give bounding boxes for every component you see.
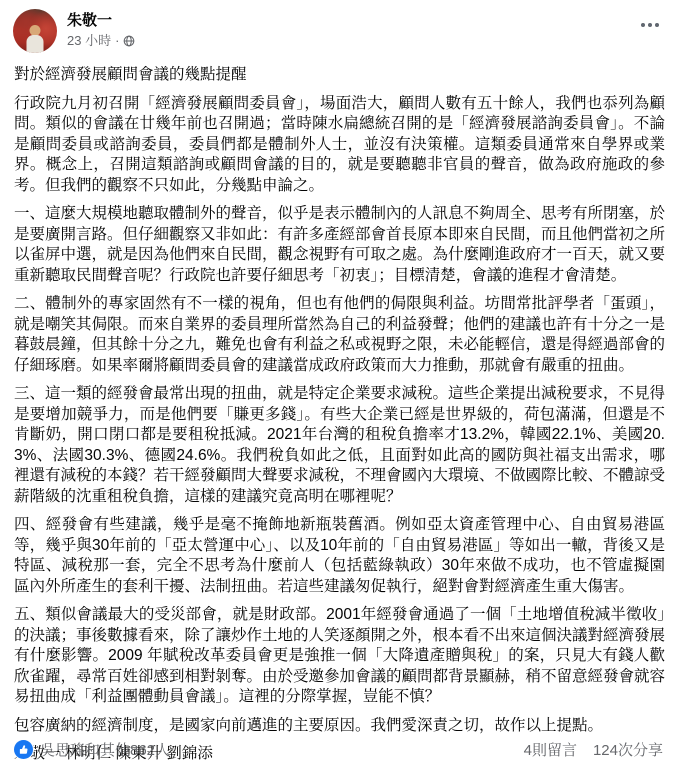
ellipsis-icon (641, 23, 645, 27)
post-menu-button[interactable] (633, 9, 663, 35)
ellipsis-icon (655, 23, 659, 27)
reactions-text: 吳思瑤和其他862人 (40, 739, 170, 760)
author-name[interactable]: 朱敬一 (67, 11, 633, 30)
shares-count-link[interactable]: 124次分享 (593, 739, 663, 760)
avatar-figure-body (27, 35, 44, 53)
post-paragraph: 二、體制外的專家固然有不一樣的視角，但也有他們的侷限與利益。坊間常批評學者「蛋頭… (14, 294, 665, 376)
comments-count-link[interactable]: 4則留言 (524, 739, 577, 760)
facebook-post: 朱敬一 23 小時 · 對於經濟發展顧問會議的幾點提醒 行政院九月初召開「經濟發 (0, 0, 679, 773)
post-title: 對於經濟發展顧問會議的幾點提醒 (14, 65, 665, 86)
globe-icon (123, 35, 135, 47)
avatar[interactable] (13, 9, 57, 53)
post-body: 對於經濟發展顧問會議的幾點提醒 行政院九月初召開「經濟發展顧問委員會」，場面浩大… (0, 55, 679, 765)
post-header: 朱敬一 23 小時 · (0, 0, 679, 55)
post-paragraph: 五、類似會議最大的受災部會，就是財政部。2001年經發會通過了一個「土地增值稅減… (14, 605, 665, 708)
post-paragraph: 一、這麼大規模地聽取體制外的聲音，似乎是表示體制內的人訊息不夠周全、思考有所閉塞… (14, 204, 665, 286)
post-timestamp[interactable]: 23 小時 (67, 33, 111, 49)
post-paragraph: 三、這一類的經發會最常出現的扭曲，就是特定企業要求減稅。這些企業提出減稅要求，不… (14, 384, 665, 507)
post-meta: 23 小時 · (67, 33, 633, 49)
like-icon (14, 740, 33, 759)
post-paragraph: 四、經發會有些建議，幾乎是毫不掩飾地新瓶裝舊酒。例如亞太資產管理中心、自由貿易港… (14, 515, 665, 597)
counts: 4則留言 124次分享 (524, 739, 663, 760)
ellipsis-icon (648, 23, 652, 27)
post-paragraph: 行政院九月初召開「經濟發展顧問委員會」，場面浩大，顧問人數有五十餘人，我們也忝列… (14, 94, 665, 197)
engagement-bar: 吳思瑤和其他862人 4則留言 124次分享 (0, 728, 679, 773)
reactions-summary[interactable]: 吳思瑤和其他862人 (14, 739, 170, 760)
header-text: 朱敬一 23 小時 · (67, 9, 633, 49)
meta-separator: · (115, 33, 119, 49)
